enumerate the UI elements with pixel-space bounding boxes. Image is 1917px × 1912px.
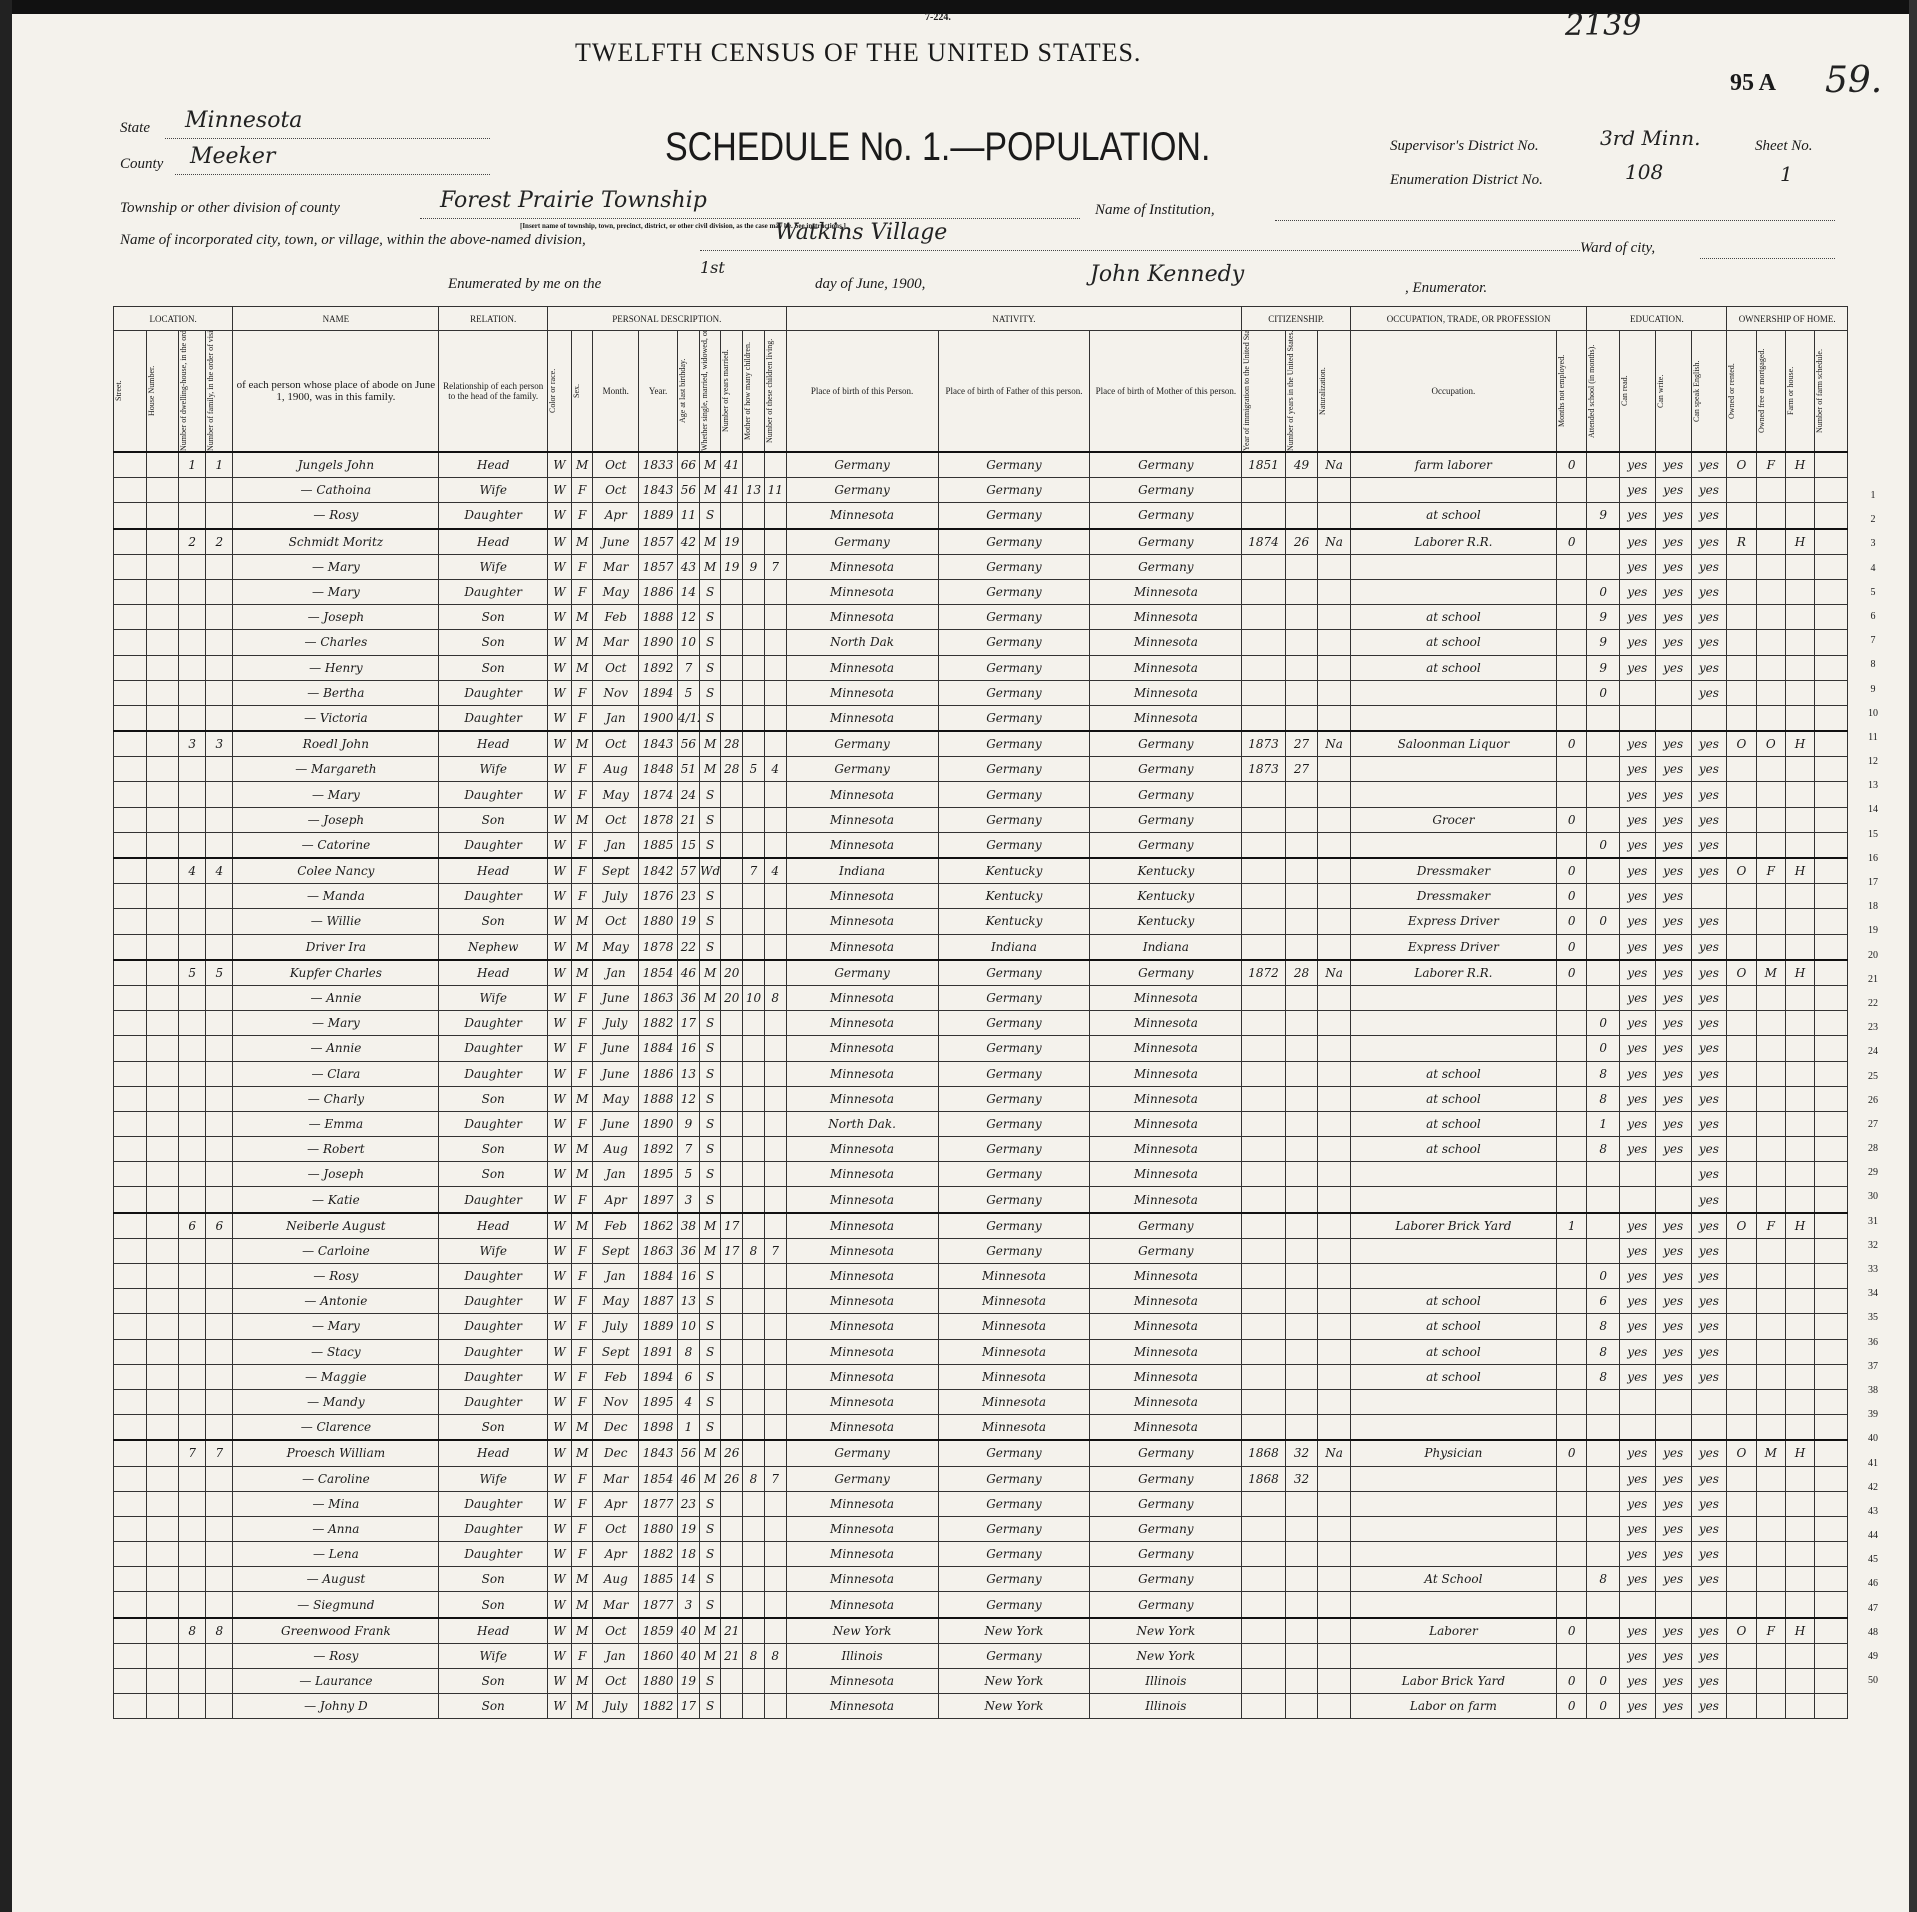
cell-dw xyxy=(179,1364,206,1389)
cell-rd: yes xyxy=(1619,884,1655,909)
cell-yr: 1843 xyxy=(639,731,678,757)
cell-sex: F xyxy=(571,680,593,705)
cell-fb: Germany xyxy=(938,1466,1090,1491)
cell-nat xyxy=(1318,909,1351,934)
cell-imm xyxy=(1242,807,1285,832)
cell-age: 38 xyxy=(678,1213,700,1239)
table-row: — JosephSonWMFeb188812SMinnesotaGermanyM… xyxy=(114,605,1848,630)
cell-dw xyxy=(179,1542,206,1567)
cell-rd xyxy=(1619,705,1655,731)
cell-cl xyxy=(764,1491,786,1516)
cell-mon: Mar xyxy=(593,1592,639,1618)
cell-occ xyxy=(1350,680,1556,705)
enumeration-value: 108 xyxy=(1625,160,1663,184)
cell-sch xyxy=(1587,858,1620,884)
cell-yus xyxy=(1285,1491,1318,1516)
cell-ms: S xyxy=(699,1669,721,1694)
cell-name: — Joseph xyxy=(233,807,439,832)
cell-rel: Daughter xyxy=(439,832,547,858)
cell-fb: Germany xyxy=(938,1643,1090,1668)
cell-dw xyxy=(179,1516,206,1541)
cell-rd: yes xyxy=(1619,655,1655,680)
cell-nat: Na xyxy=(1318,452,1351,478)
cell-pb: Minnesota xyxy=(786,680,938,705)
cell-wr xyxy=(1655,705,1691,731)
cell-sch: 0 xyxy=(1587,832,1620,858)
cell-mne xyxy=(1556,985,1586,1010)
cell-fh: H xyxy=(1785,1440,1814,1466)
table-row: 88Greenwood FrankHeadWMOct185940M21New Y… xyxy=(114,1618,1848,1644)
cell-yr: 1890 xyxy=(639,1111,678,1136)
line-number: 47 xyxy=(1858,1597,1888,1621)
cell-race: W xyxy=(547,1011,571,1036)
cell-pb: Minnesota xyxy=(786,1339,938,1364)
cell-en: yes xyxy=(1691,1364,1727,1389)
cell-yus xyxy=(1285,1618,1318,1644)
table-body: 11Jungels JohnHeadWMOct183366M41GermanyG… xyxy=(114,452,1848,1719)
cell-occ: at school xyxy=(1350,1137,1556,1162)
cell-ym xyxy=(721,1061,743,1086)
cell-fam: 2 xyxy=(206,529,233,555)
cell-fb: Germany xyxy=(938,579,1090,604)
cell-age: 4 xyxy=(678,1389,700,1414)
cell-yr: 1892 xyxy=(639,1137,678,1162)
table-row: 11Jungels JohnHeadWMOct183366M41GermanyG… xyxy=(114,452,1848,478)
table-row: — MandaDaughterWFJuly187623SMinnesotaKen… xyxy=(114,884,1848,909)
cell-fh xyxy=(1785,807,1814,832)
cell-yr: 1859 xyxy=(639,1618,678,1644)
cell-mon: Aug xyxy=(593,1567,639,1592)
cell-pb: Germany xyxy=(786,529,938,555)
cell-fm xyxy=(1756,1314,1785,1339)
cell-fam xyxy=(206,1111,233,1136)
cell-wr: yes xyxy=(1655,807,1691,832)
cell-rd: yes xyxy=(1619,1213,1655,1239)
cell-wr: yes xyxy=(1655,858,1691,884)
cell-yr: 1889 xyxy=(639,1314,678,1339)
cell-occ xyxy=(1350,782,1556,807)
cell-pb: North Dak xyxy=(786,630,938,655)
line-number: 3 xyxy=(1858,532,1888,556)
cell-yr: 1863 xyxy=(639,1238,678,1263)
cell-en: yes xyxy=(1691,1618,1727,1644)
cell-sch: 0 xyxy=(1587,1669,1620,1694)
cell-fm xyxy=(1756,503,1785,529)
cell-rel: Daughter xyxy=(439,1339,547,1364)
cell-ym: 21 xyxy=(721,1643,743,1668)
cell-sex: F xyxy=(571,757,593,782)
cell-ms: S xyxy=(699,807,721,832)
cell-ms: S xyxy=(699,1011,721,1036)
cell-cl xyxy=(764,1694,786,1719)
cell-own xyxy=(1727,1694,1756,1719)
cell-sch xyxy=(1587,1516,1620,1541)
cell-fm: M xyxy=(1756,960,1785,986)
cell-pb: Minnesota xyxy=(786,807,938,832)
cell-rd xyxy=(1619,1389,1655,1414)
cell-yus xyxy=(1285,1643,1318,1668)
cell-mb: Minnesota xyxy=(1090,1086,1242,1111)
supervisor-value: 3rd Minn. xyxy=(1600,126,1700,150)
cell-imm xyxy=(1242,579,1285,604)
cell-ym xyxy=(721,1011,743,1036)
cell-name: Jungels John xyxy=(233,452,439,478)
line-number: 35 xyxy=(1858,1306,1888,1330)
cell-occ xyxy=(1350,985,1556,1010)
cell-wr xyxy=(1655,1415,1691,1441)
cell-fm: F xyxy=(1756,1618,1785,1644)
cell-dw xyxy=(179,1011,206,1036)
cell-ym: 21 xyxy=(721,1618,743,1644)
cell-fh: H xyxy=(1785,529,1814,555)
cell-sex: M xyxy=(571,1592,593,1618)
cell-dw xyxy=(179,1491,206,1516)
cell-ms: S xyxy=(699,1491,721,1516)
cell-fb: Indiana xyxy=(938,934,1090,960)
cell-mc xyxy=(743,605,765,630)
cell-occ: at school xyxy=(1350,1289,1556,1314)
cell-sex: F xyxy=(571,554,593,579)
cell-age: 42 xyxy=(678,529,700,555)
cell-mb: Germany xyxy=(1090,1440,1242,1466)
cell-mb: Minnesota xyxy=(1090,985,1242,1010)
cell-fm xyxy=(1756,1289,1785,1314)
cell-race: W xyxy=(547,1036,571,1061)
cell-race: W xyxy=(547,731,571,757)
cell-nat xyxy=(1318,605,1351,630)
cell-mon: Oct xyxy=(593,807,639,832)
cell-mb: Germany xyxy=(1090,452,1242,478)
cell-yr: 1880 xyxy=(639,1516,678,1541)
cell-yr: 1843 xyxy=(639,478,678,503)
cell-ym xyxy=(721,1339,743,1364)
cell-mc xyxy=(743,1516,765,1541)
cell-name: Greenwood Frank xyxy=(233,1618,439,1644)
cell-wr: yes xyxy=(1655,884,1691,909)
cell-en: yes xyxy=(1691,478,1727,503)
cell-mc xyxy=(743,529,765,555)
cell-own xyxy=(1727,630,1756,655)
cell-fh xyxy=(1785,1011,1814,1036)
cell-rd: yes xyxy=(1619,1516,1655,1541)
table-row: — RosyWifeWFJan186040M2188IllinoisGerman… xyxy=(114,1643,1848,1668)
cell-age: 14 xyxy=(678,1567,700,1592)
cell-sch: 6 xyxy=(1587,1289,1620,1314)
cell-age: 51 xyxy=(678,757,700,782)
cell-rd: yes xyxy=(1619,1061,1655,1086)
cell-yus xyxy=(1285,1542,1318,1567)
cell-en: yes xyxy=(1691,554,1727,579)
cell-sch: 8 xyxy=(1587,1314,1620,1339)
cell-mon: Apr xyxy=(593,1187,639,1213)
cell-race: W xyxy=(547,579,571,604)
cell-mc: 13 xyxy=(743,478,765,503)
cell-sex: M xyxy=(571,1694,593,1719)
cell-ym xyxy=(721,1592,743,1618)
cell-imm xyxy=(1242,630,1285,655)
cell-age: 56 xyxy=(678,1440,700,1466)
cell-dw xyxy=(179,1187,206,1213)
cell-mon: May xyxy=(593,782,639,807)
cell-mne xyxy=(1556,1289,1586,1314)
cell-own xyxy=(1727,832,1756,858)
cell-mne xyxy=(1556,1238,1586,1263)
cell-rel: Daughter xyxy=(439,1491,547,1516)
cell-pb: Minnesota xyxy=(786,503,938,529)
cell-rd: yes xyxy=(1619,1440,1655,1466)
cell-wr: yes xyxy=(1655,985,1691,1010)
table-row: — MaryDaughterWFJuly188217SMinnesotaGerm… xyxy=(114,1011,1848,1036)
cell-pb: Minnesota xyxy=(786,1314,938,1339)
cell-rel: Daughter xyxy=(439,1314,547,1339)
cell-pb: Illinois xyxy=(786,1643,938,1668)
cell-rel: Wife xyxy=(439,1643,547,1668)
cell-fb: New York xyxy=(938,1618,1090,1644)
cell-pb: Minnesota xyxy=(786,909,938,934)
cell-yr: 1885 xyxy=(639,1567,678,1592)
cell-fb: Germany xyxy=(938,807,1090,832)
cell-mne xyxy=(1556,1491,1586,1516)
cell-own: O xyxy=(1727,731,1756,757)
cell-pb: Minnesota xyxy=(786,1137,938,1162)
cell-en: yes xyxy=(1691,1567,1727,1592)
cell-fm xyxy=(1756,705,1785,731)
cell-fb: New York xyxy=(938,1669,1090,1694)
cell-age: 17 xyxy=(678,1011,700,1036)
cell-wr: yes xyxy=(1655,1289,1691,1314)
cell-ms: S xyxy=(699,1289,721,1314)
cell-rd: yes xyxy=(1619,1364,1655,1389)
cell-ym: 28 xyxy=(721,757,743,782)
cell-cl xyxy=(764,832,786,858)
cell-age: 11 xyxy=(678,503,700,529)
cell-mb: Germany xyxy=(1090,1516,1242,1541)
cell-mon: Mar xyxy=(593,1466,639,1491)
cell-fb: Germany xyxy=(938,705,1090,731)
cell-sex: F xyxy=(571,884,593,909)
cell-fm xyxy=(1756,1162,1785,1187)
cell-dw: 8 xyxy=(179,1618,206,1644)
cell-age: 22 xyxy=(678,934,700,960)
cell-occ: Express Driver xyxy=(1350,934,1556,960)
table-row: — EmmaDaughterWFJune18909SNorth Dak.Germ… xyxy=(114,1111,1848,1136)
cell-ym xyxy=(721,1264,743,1289)
cell-pb: Germany xyxy=(786,731,938,757)
cell-rel: Wife xyxy=(439,478,547,503)
cell-rel: Wife xyxy=(439,1466,547,1491)
cell-fh xyxy=(1785,1289,1814,1314)
table-row: — AugustSonWMAug188514SMinnesotaGermanyG… xyxy=(114,1567,1848,1592)
cell-sch: 1 xyxy=(1587,1111,1620,1136)
cell-wr: yes xyxy=(1655,655,1691,680)
cell-dw xyxy=(179,1111,206,1136)
cell-cl: 8 xyxy=(764,985,786,1010)
cell-mb: Germany xyxy=(1090,1491,1242,1516)
cell-ym xyxy=(721,655,743,680)
cell-mne: 0 xyxy=(1556,529,1586,555)
cell-mb: Kentucky xyxy=(1090,884,1242,909)
cell-ms: S xyxy=(699,1516,721,1541)
cell-mc xyxy=(743,909,765,934)
cell-mb: Germany xyxy=(1090,529,1242,555)
cell-age: 56 xyxy=(678,731,700,757)
cell-nat xyxy=(1318,934,1351,960)
group-relation: RELATION. xyxy=(439,307,547,331)
cell-imm xyxy=(1242,1289,1285,1314)
cell-mne xyxy=(1556,680,1586,705)
cell-yus xyxy=(1285,1567,1318,1592)
cell-name: — Bertha xyxy=(233,680,439,705)
cell-fh xyxy=(1785,1592,1814,1618)
cell-en: yes xyxy=(1691,1643,1727,1668)
cell-ms: S xyxy=(699,1162,721,1187)
cell-own xyxy=(1727,1339,1756,1364)
cell-yr: 1833 xyxy=(639,452,678,478)
cell-pb: Germany xyxy=(786,757,938,782)
cell-mc xyxy=(743,452,765,478)
cell-fh xyxy=(1785,1466,1814,1491)
cell-age: 36 xyxy=(678,985,700,1010)
cell-own xyxy=(1727,1314,1756,1339)
cell-fam xyxy=(206,503,233,529)
cell-nat xyxy=(1318,478,1351,503)
group-personal: PERSONAL DESCRIPTION. xyxy=(547,307,786,331)
cell-ym xyxy=(721,1669,743,1694)
cell-dw: 6 xyxy=(179,1213,206,1239)
cell-fam xyxy=(206,1187,233,1213)
cell-own xyxy=(1727,579,1756,604)
cell-sch xyxy=(1587,807,1620,832)
cell-yus: 27 xyxy=(1285,757,1318,782)
cell-yus xyxy=(1285,985,1318,1010)
cell-fh xyxy=(1785,1415,1814,1441)
cell-fam xyxy=(206,985,233,1010)
cell-yus xyxy=(1285,1314,1318,1339)
cell-fb: Germany xyxy=(938,1491,1090,1516)
cell-imm xyxy=(1242,858,1285,884)
cell-mb: Minnesota xyxy=(1090,1011,1242,1036)
line-number: 16 xyxy=(1858,847,1888,871)
cell-dw: 7 xyxy=(179,1440,206,1466)
cell-fam xyxy=(206,478,233,503)
cell-nat xyxy=(1318,1491,1351,1516)
cell-race: W xyxy=(547,1086,571,1111)
cell-mc xyxy=(743,934,765,960)
cell-cl xyxy=(764,1289,786,1314)
cell-mon: Oct xyxy=(593,1669,639,1694)
cell-nat xyxy=(1318,554,1351,579)
cell-sch xyxy=(1587,705,1620,731)
cell-age: 3 xyxy=(678,1187,700,1213)
line-number: 36 xyxy=(1858,1331,1888,1355)
cell-imm: 1868 xyxy=(1242,1466,1285,1491)
table-row: — KatieDaughterWFApr18973SMinnesotaGerma… xyxy=(114,1187,1848,1213)
enumeration-label: Enumeration District No. xyxy=(1390,172,1543,189)
cell-mne xyxy=(1556,782,1586,807)
cell-race: W xyxy=(547,1466,571,1491)
line-number: 50 xyxy=(1858,1669,1888,1693)
cell-fam: 4 xyxy=(206,858,233,884)
cell-own: R xyxy=(1727,529,1756,555)
cell-nat xyxy=(1318,680,1351,705)
cell-imm xyxy=(1242,1011,1285,1036)
cell-race: W xyxy=(547,960,571,986)
table-row: — MaryDaughterWFMay188614SMinnesotaGerma… xyxy=(114,579,1848,604)
group-citizenship: CITIZENSHIP. xyxy=(1242,307,1351,331)
cell-mne: 0 xyxy=(1556,1618,1586,1644)
cell-mne xyxy=(1556,757,1586,782)
cell-nat xyxy=(1318,884,1351,909)
cell-ym xyxy=(721,605,743,630)
cell-own xyxy=(1727,1567,1756,1592)
cell-yr: 1854 xyxy=(639,1466,678,1491)
cell-rel: Daughter xyxy=(439,1036,547,1061)
cell-cl: 11 xyxy=(764,478,786,503)
cell-rel: Daughter xyxy=(439,1364,547,1389)
cell-age: 43 xyxy=(678,554,700,579)
cell-en: yes xyxy=(1691,807,1727,832)
cell-occ: at school xyxy=(1350,605,1556,630)
cell-ym xyxy=(721,1162,743,1187)
cell-cl: 4 xyxy=(764,757,786,782)
cell-pb: Minnesota xyxy=(786,1592,938,1618)
cell-imm xyxy=(1242,1364,1285,1389)
cell-age: 46 xyxy=(678,1466,700,1491)
cell-wr: yes xyxy=(1655,1567,1691,1592)
cell-yus xyxy=(1285,1137,1318,1162)
cell-cl xyxy=(764,1618,786,1644)
cell-name: — Manda xyxy=(233,884,439,909)
cell-own xyxy=(1727,1111,1756,1136)
cell-cl xyxy=(764,655,786,680)
cell-dw xyxy=(179,1162,206,1187)
table-row: — RosyDaughterWFApr188911SMinnesotaGerma… xyxy=(114,503,1848,529)
cell-pb: Minnesota xyxy=(786,934,938,960)
cell-mb: Kentucky xyxy=(1090,909,1242,934)
cell-yus xyxy=(1285,1364,1318,1389)
cell-mc xyxy=(743,1592,765,1618)
cell-fb: Germany xyxy=(938,1542,1090,1567)
cell-mc xyxy=(743,1567,765,1592)
cell-sex: F xyxy=(571,1011,593,1036)
cell-pb: Minnesota xyxy=(786,1289,938,1314)
cell-nat xyxy=(1318,858,1351,884)
cell-mc xyxy=(743,1289,765,1314)
cell-mb: Germany xyxy=(1090,960,1242,986)
cell-mne xyxy=(1556,1643,1586,1668)
cell-mne xyxy=(1556,1086,1586,1111)
cell-sex: F xyxy=(571,1264,593,1289)
cell-mb: Minnesota xyxy=(1090,1339,1242,1364)
cell-rd xyxy=(1619,1415,1655,1441)
cell-dw xyxy=(179,503,206,529)
township-value: Forest Prairie Township xyxy=(440,188,707,213)
cell-pb: Germany xyxy=(786,1466,938,1491)
cell-fh xyxy=(1785,757,1814,782)
cell-ms: S xyxy=(699,884,721,909)
cell-occ xyxy=(1350,579,1556,604)
cell-mc xyxy=(743,1491,765,1516)
cell-fm xyxy=(1756,782,1785,807)
cell-mc xyxy=(743,705,765,731)
cell-en: yes xyxy=(1691,1339,1727,1364)
cell-fb: Germany xyxy=(938,960,1090,986)
cell-name: — Siegmund xyxy=(233,1592,439,1618)
cell-mne: 0 xyxy=(1556,807,1586,832)
cell-cl: 7 xyxy=(764,1238,786,1263)
cell-en: yes xyxy=(1691,731,1727,757)
cell-own xyxy=(1727,985,1756,1010)
